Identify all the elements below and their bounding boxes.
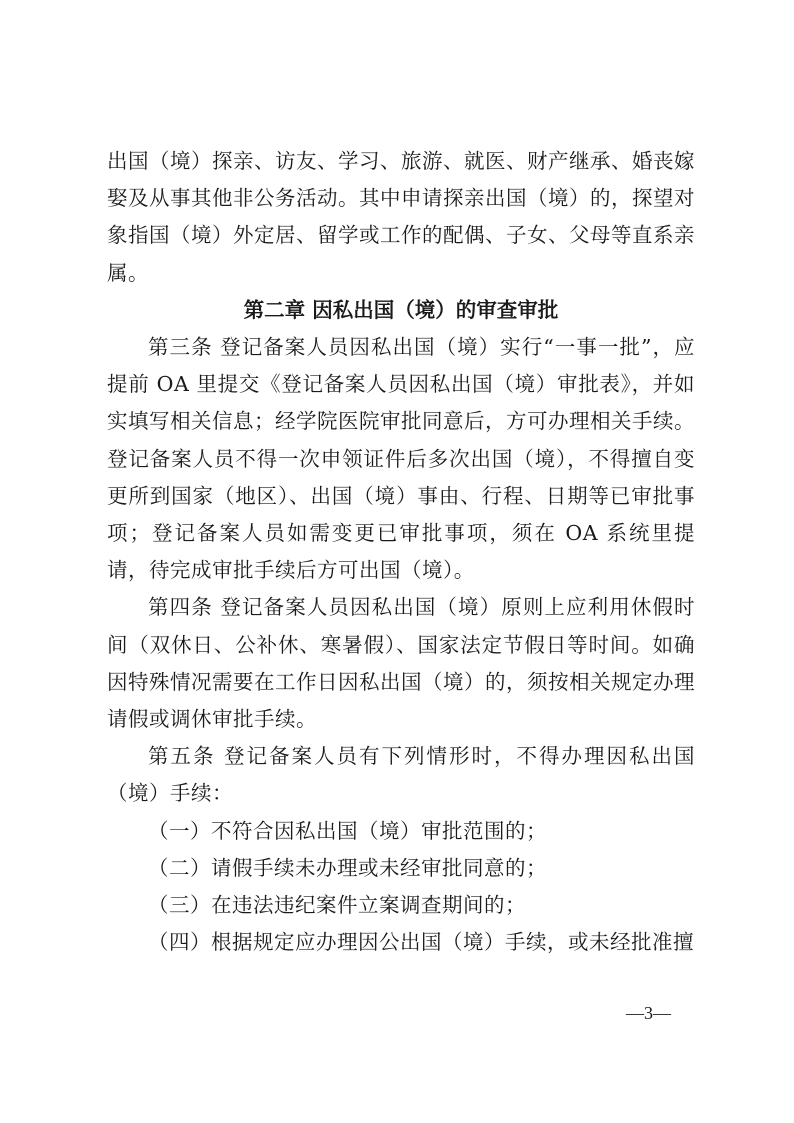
document-body: 出国（境）探亲、访友、学习、旅游、就医、财产继承、婚丧嫁娶及从事其他非公务活动。… — [107, 143, 695, 961]
chapter-heading: 第二章 因私出国（境）的审查审批 — [107, 292, 695, 329]
article-3: 第三条 登记备案人员因私出国（境）实行“一事一批”，应提前 OA 里提交《登记备… — [107, 329, 695, 589]
article-text: 登记备案人员因私出国（境）实行“一事一批”，应提前 OA 里提交《登记备案人员因… — [107, 335, 695, 582]
article-number: 第五条 — [148, 744, 216, 768]
list-item: （一）不符合因私出国（境）审批范围的； — [107, 813, 695, 850]
list-item: （三）在违法违纪案件立案调查期间的； — [107, 887, 695, 924]
list-item: （二）请假手续未办理或未经审批同意的； — [107, 850, 695, 887]
page-number: —3— — [626, 1003, 671, 1024]
article-number: 第三条 — [148, 335, 213, 359]
article-4: 第四条 登记备案人员因私出国（境）原则上应利用休假时间（双休日、公补休、寒暑假）… — [107, 589, 695, 738]
continuation-paragraph: 出国（境）探亲、访友、学习、旅游、就医、财产继承、婚丧嫁娶及从事其他非公务活动。… — [107, 143, 695, 292]
article-5: 第五条 登记备案人员有下列情形时，不得办理因私出国（境）手续： — [107, 738, 695, 812]
document-page: 出国（境）探亲、访友、学习、旅游、就医、财产继承、婚丧嫁娶及从事其他非公务活动。… — [0, 0, 794, 1123]
list-item: （四）根据规定应办理因公出国（境）手续，或未经批准擅 — [107, 924, 695, 961]
article-number: 第四条 — [148, 595, 213, 619]
